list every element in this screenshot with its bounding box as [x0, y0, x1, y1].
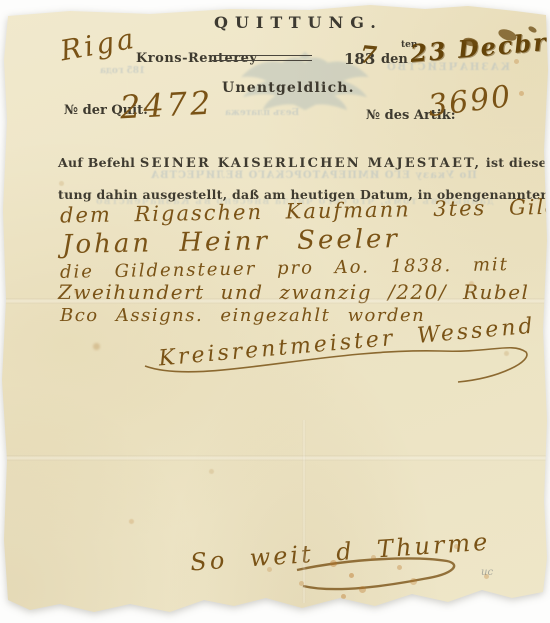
bottom-handwritten-note: So weit d Thurme: [189, 528, 491, 577]
den-label: den: [381, 52, 408, 67]
body-line1-post: ist diese Quit=: [486, 155, 550, 170]
bleedthrough-text: 185 года: [100, 66, 145, 76]
artikel-number-value: 3690: [426, 79, 514, 124]
body-line1-caps: SEINER KAISERLICHEN MAJESTAET,: [140, 156, 481, 171]
handwriting-name: Johan Heinr Seeler: [62, 224, 400, 260]
fold-crease: [0, 455, 550, 461]
quit-number-value: 2472: [119, 84, 214, 127]
bleedthrough-text: Безъ платежа: [225, 108, 299, 118]
body-line1-pre: Auf Befehl: [58, 155, 135, 170]
paper-shadow: 185 года КАЗНАЧЕЙСТВО Безъ платежа По Ук…: [0, 0, 550, 623]
bleedthrough-text: По Указу ЕГО ИМПЕРАТОРСКАГО ВЕЛИЧЕСТВА: [150, 170, 477, 181]
fold-crease: [0, 298, 550, 304]
body-line-1: Auf Befehl SEINER KAISERLICHEN MAJESTAET…: [58, 155, 510, 171]
scan-background: 185 года КАЗНАЧЕЙСТВО Безъ платежа По Ук…: [0, 0, 550, 623]
gratis-label: Unentgeldlich.: [222, 80, 355, 96]
receipt-document: 185 года КАЗНАЧЕЙСТВО Безъ платежа По Ук…: [0, 0, 550, 623]
fold-crease-vertical: [302, 420, 306, 603]
document-title: QUITTUNG.: [214, 13, 383, 32]
double-rule: [212, 55, 312, 61]
year-digit-handwritten: 7: [359, 39, 379, 70]
handwriting-line: Bco Assigns. eingezahlt worden: [60, 305, 425, 326]
foxing-spots: [0, 0, 3, 3]
place-handwritten: Riga: [58, 22, 139, 68]
date-handwritten: 23 Decbr: [409, 27, 549, 68]
pencil-mark: uc: [481, 567, 493, 578]
